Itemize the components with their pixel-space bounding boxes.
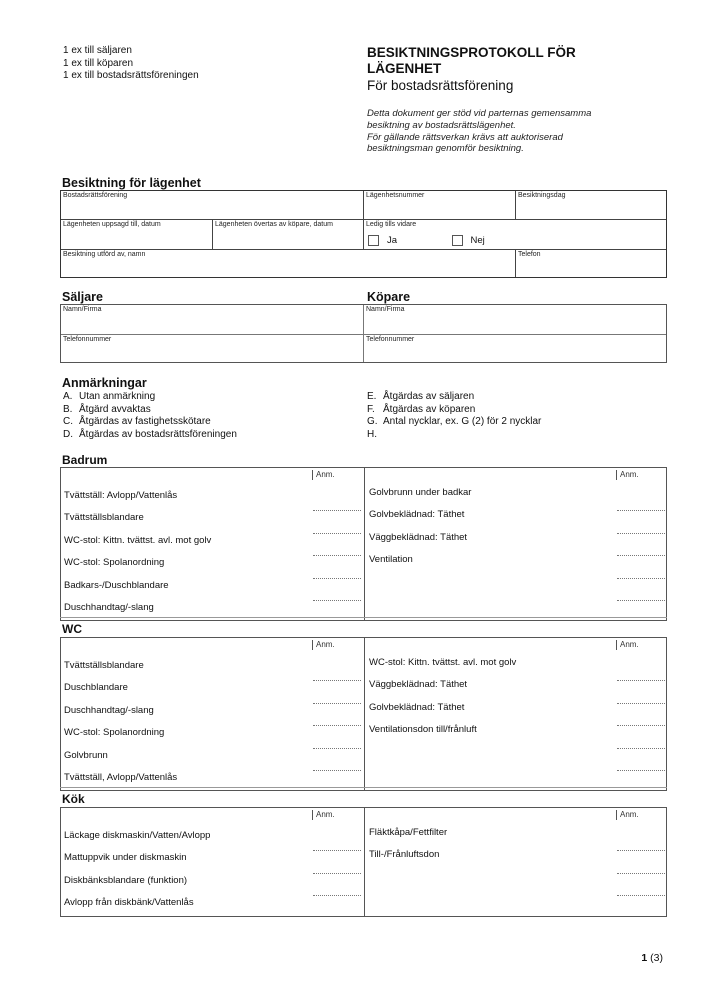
anm-input-line[interactable] — [313, 850, 361, 851]
title-line-1: BESIKTNINGSPROTOKOLL FÖR — [367, 45, 667, 61]
anm-input-line[interactable] — [313, 533, 361, 534]
anm-input-line[interactable] — [617, 578, 665, 579]
remark-code: H. — [367, 429, 541, 442]
page-number: 1 (3) — [641, 952, 663, 964]
anm-input-line[interactable] — [313, 748, 361, 749]
anm-column-header: Anm. — [312, 810, 335, 820]
checklist-item: Tvättställ, Avlopp/Vattenlås — [64, 772, 177, 783]
remark-text: Åtgärdas av säljaren — [383, 391, 474, 402]
checklist-item: Duschhandtag/-slang — [64, 705, 154, 716]
field-label: Namn/Firma — [61, 305, 363, 315]
page-current: 1 — [641, 952, 647, 964]
anm-input-line[interactable] — [617, 748, 665, 749]
checklist-item: Golvbrunn — [64, 750, 108, 761]
remark-key: C. — [63, 416, 79, 429]
section-divider — [60, 787, 667, 788]
association-field[interactable]: Bostadsrättsförening — [61, 191, 364, 220]
checklist-item: Läckage diskmaskin/Vatten/Avlopp — [64, 830, 210, 841]
remark-key: G. — [367, 416, 383, 429]
checklist-item: Fläktkåpa/Fettfilter — [369, 827, 447, 838]
anm-input-line[interactable] — [617, 873, 665, 874]
section-table: Anm.Anm.TvättställsblandareDuschblandare… — [60, 637, 667, 791]
anm-input-line[interactable] — [617, 680, 665, 681]
terminated-date-field[interactable]: Lägenheten uppsagd till, datum — [61, 220, 213, 250]
field-label: Telefonnummer — [364, 335, 666, 345]
field-label: Lägenheten övertas av köpare, datum — [213, 220, 363, 230]
yes-label: Ja — [387, 235, 397, 246]
checklist-item: WC-stol: Spolanordning — [64, 557, 164, 568]
field-label: Namn/Firma — [364, 305, 666, 315]
anm-input-line[interactable] — [313, 578, 361, 579]
field-label: Telefonnummer — [61, 335, 363, 345]
remark-text: Utan anmärkning — [79, 391, 155, 402]
anm-input-line[interactable] — [313, 895, 361, 896]
title-line-2: LÄGENHET — [367, 61, 667, 77]
remarks-heading: Anmärkningar — [62, 376, 147, 390]
column-divider — [364, 468, 365, 620]
remark-code: F.Åtgärdas av köparen — [367, 404, 541, 417]
checklist-item: Ventilationsdon till/frånluft — [369, 724, 477, 735]
checklist-item: Tvättställ: Avlopp/Vattenlås — [64, 490, 177, 501]
anm-input-line[interactable] — [313, 725, 361, 726]
copy-line: 1 ex till säljaren — [63, 45, 199, 58]
checklist-item: Till-/Frånluftsdon — [369, 849, 439, 860]
description-line: Detta dokument ger stöd vid parternas ge… — [367, 108, 667, 120]
inspection-table: Bostadsrättsförening Lägenhetsnummer Bes… — [60, 190, 667, 278]
seller-heading: Säljare — [62, 290, 103, 304]
remark-key: A. — [63, 391, 79, 404]
checklist-item: Mattuppvik under diskmaskin — [64, 852, 187, 863]
checklist-item: Golvbeklädnad: Täthet — [369, 509, 464, 520]
section-divider — [60, 617, 667, 618]
copy-line: 1 ex till köparen — [63, 58, 199, 71]
anm-column-header: Anm. — [312, 470, 335, 480]
copy-line: 1 ex till bostadsrättsföreningen — [63, 70, 199, 83]
no-checkbox[interactable] — [452, 235, 463, 246]
section-table: Anm.Anm.Tvättställ: Avlopp/VattenlåsTvät… — [60, 467, 667, 621]
anm-input-line[interactable] — [617, 510, 665, 511]
checklist-item: Väggbeklädnad: Täthet — [369, 679, 467, 690]
remark-code: C.Åtgärdas av fastighetsskötare — [63, 416, 237, 429]
checklist-item: WC-stol: Kittn. tvättst. avl. mot golv — [369, 657, 516, 668]
anm-column-header: Anm. — [616, 640, 639, 650]
checklist-item: Ventilation — [369, 554, 413, 565]
field-label: Lägenhetsnummer — [364, 191, 515, 201]
buyer-heading: Köpare — [367, 290, 410, 304]
anm-input-line[interactable] — [617, 895, 665, 896]
field-label: Besiktning utförd av, namn — [61, 250, 515, 260]
checklist-item: Väggbeklädnad: Täthet — [369, 532, 467, 543]
anm-column-header: Anm. — [616, 810, 639, 820]
remark-text: Åtgärdas av bostadsrättsföreningen — [79, 429, 237, 440]
checklist-item: Diskbänksblandare (funktion) — [64, 875, 187, 886]
remarks-legend-right: E.Åtgärdas av säljarenF.Åtgärdas av köpa… — [367, 391, 541, 441]
remark-text: Åtgärdas av köparen — [383, 404, 475, 415]
vacant-field: Ledig tills vidare Ja Nej — [364, 220, 666, 250]
checklist-item: Tvättställsblandare — [64, 512, 144, 523]
checklist-item: Duschhandtag/-slang — [64, 602, 154, 613]
anm-input-line[interactable] — [617, 850, 665, 851]
remark-key: E. — [367, 391, 383, 404]
section-table: Anm.Anm.Läckage diskmaskin/Vatten/Avlopp… — [60, 807, 667, 917]
vacant-options: Ja Nej — [368, 232, 485, 250]
checklist-item: Golvbrunn under badkar — [369, 487, 471, 498]
field-label: Telefon — [516, 250, 666, 260]
document-subtitle: För bostadsrättsförening — [367, 77, 513, 94]
remark-code: D.Åtgärdas av bostadsrättsföreningen — [63, 429, 237, 442]
anm-input-line[interactable] — [617, 600, 665, 601]
document-description: Detta dokument ger stöd vid parternas ge… — [367, 108, 667, 155]
buyer-name-field[interactable]: Namn/Firma — [364, 305, 666, 335]
no-label: Nej — [471, 235, 485, 246]
remark-text: Antal nycklar, ex. G (2) för 2 nycklar — [383, 416, 541, 427]
parties-table: Namn/Firma Namn/Firma Telefonnummer Tele… — [60, 304, 667, 363]
field-label: Lägenheten uppsagd till, datum — [61, 220, 212, 230]
description-line: För gällande rättsverkan krävs att aukto… — [367, 132, 667, 144]
remark-code: B.Åtgärd avvaktas — [63, 404, 237, 417]
performed-by-field[interactable]: Besiktning utförd av, namn — [61, 250, 516, 277]
remark-code: A.Utan anmärkning — [63, 391, 237, 404]
anm-input-line[interactable] — [313, 703, 361, 704]
checklist-item: Avlopp från diskbänk/Vattenlås — [64, 897, 194, 908]
description-line: besiktningsman genomför besiktning. — [367, 143, 667, 155]
anm-input-line[interactable] — [313, 770, 361, 771]
remark-text: Åtgärd avvaktas — [79, 404, 151, 415]
anm-input-line[interactable] — [617, 533, 665, 534]
copy-distribution: 1 ex till säljaren 1 ex till köparen 1 e… — [63, 45, 199, 83]
section-heading: WC — [62, 622, 82, 636]
remark-code: G.Antal nycklar, ex. G (2) för 2 nycklar — [367, 416, 541, 429]
checklist-item: Tvättställsblandare — [64, 660, 144, 671]
inspection-heading: Besiktning för lägenhet — [62, 176, 201, 190]
inspection-date-field[interactable]: Besiktningsdag — [516, 191, 666, 220]
checklist-item: Duschblandare — [64, 682, 128, 693]
anm-input-line[interactable] — [313, 873, 361, 874]
anm-input-line[interactable] — [617, 555, 665, 556]
description-line: besiktning av bostadsrättslägenhet. — [367, 120, 667, 132]
document-title: BESIKTNINGSPROTOKOLL FÖR LÄGENHET — [367, 45, 667, 77]
page-total: (3) — [650, 952, 663, 964]
seller-name-field[interactable]: Namn/Firma — [61, 305, 364, 335]
anm-input-line[interactable] — [313, 555, 361, 556]
checklist-item: WC-stol: Kittn. tvättst. avl. mot golv — [64, 535, 211, 546]
section-heading: Badrum — [62, 453, 107, 467]
anm-input-line[interactable] — [313, 600, 361, 601]
takeover-date-field[interactable]: Lägenheten övertas av köpare, datum — [213, 220, 364, 250]
remark-key: D. — [63, 429, 79, 442]
remark-code: E.Åtgärdas av säljaren — [367, 391, 541, 404]
anm-input-line[interactable] — [617, 770, 665, 771]
remark-key: H. — [367, 429, 383, 442]
seller-phone-field[interactable]: Telefonnummer — [61, 335, 364, 362]
checklist-item: WC-stol: Spolanordning — [64, 727, 164, 738]
remark-key: F. — [367, 404, 383, 417]
anm-input-line[interactable] — [617, 725, 665, 726]
field-label: Bostadsrättsförening — [61, 191, 363, 201]
anm-column-header: Anm. — [312, 640, 335, 650]
checklist-item: Golvbeklädnad: Täthet — [369, 702, 464, 713]
anm-column-header: Anm. — [616, 470, 639, 480]
yes-checkbox[interactable] — [368, 235, 379, 246]
column-divider — [364, 808, 365, 916]
remark-text: Åtgärdas av fastighetsskötare — [79, 416, 211, 427]
checklist-item: Badkars-/Duschblandare — [64, 580, 169, 591]
column-divider — [364, 638, 365, 790]
remarks-legend-left: A.Utan anmärkningB.Åtgärd avvaktasC.Åtgä… — [63, 391, 237, 441]
anm-input-line[interactable] — [617, 703, 665, 704]
field-label: Besiktningsdag — [516, 191, 666, 201]
remark-key: B. — [63, 404, 79, 417]
apartment-number-field[interactable]: Lägenhetsnummer — [364, 191, 516, 220]
section-heading: Kök — [62, 792, 85, 806]
buyer-phone-field[interactable]: Telefonnummer — [364, 335, 666, 362]
field-label: Ledig tills vidare — [364, 220, 666, 230]
anm-input-line[interactable] — [313, 510, 361, 511]
anm-input-line[interactable] — [313, 680, 361, 681]
inspector-phone-field[interactable]: Telefon — [516, 250, 666, 277]
